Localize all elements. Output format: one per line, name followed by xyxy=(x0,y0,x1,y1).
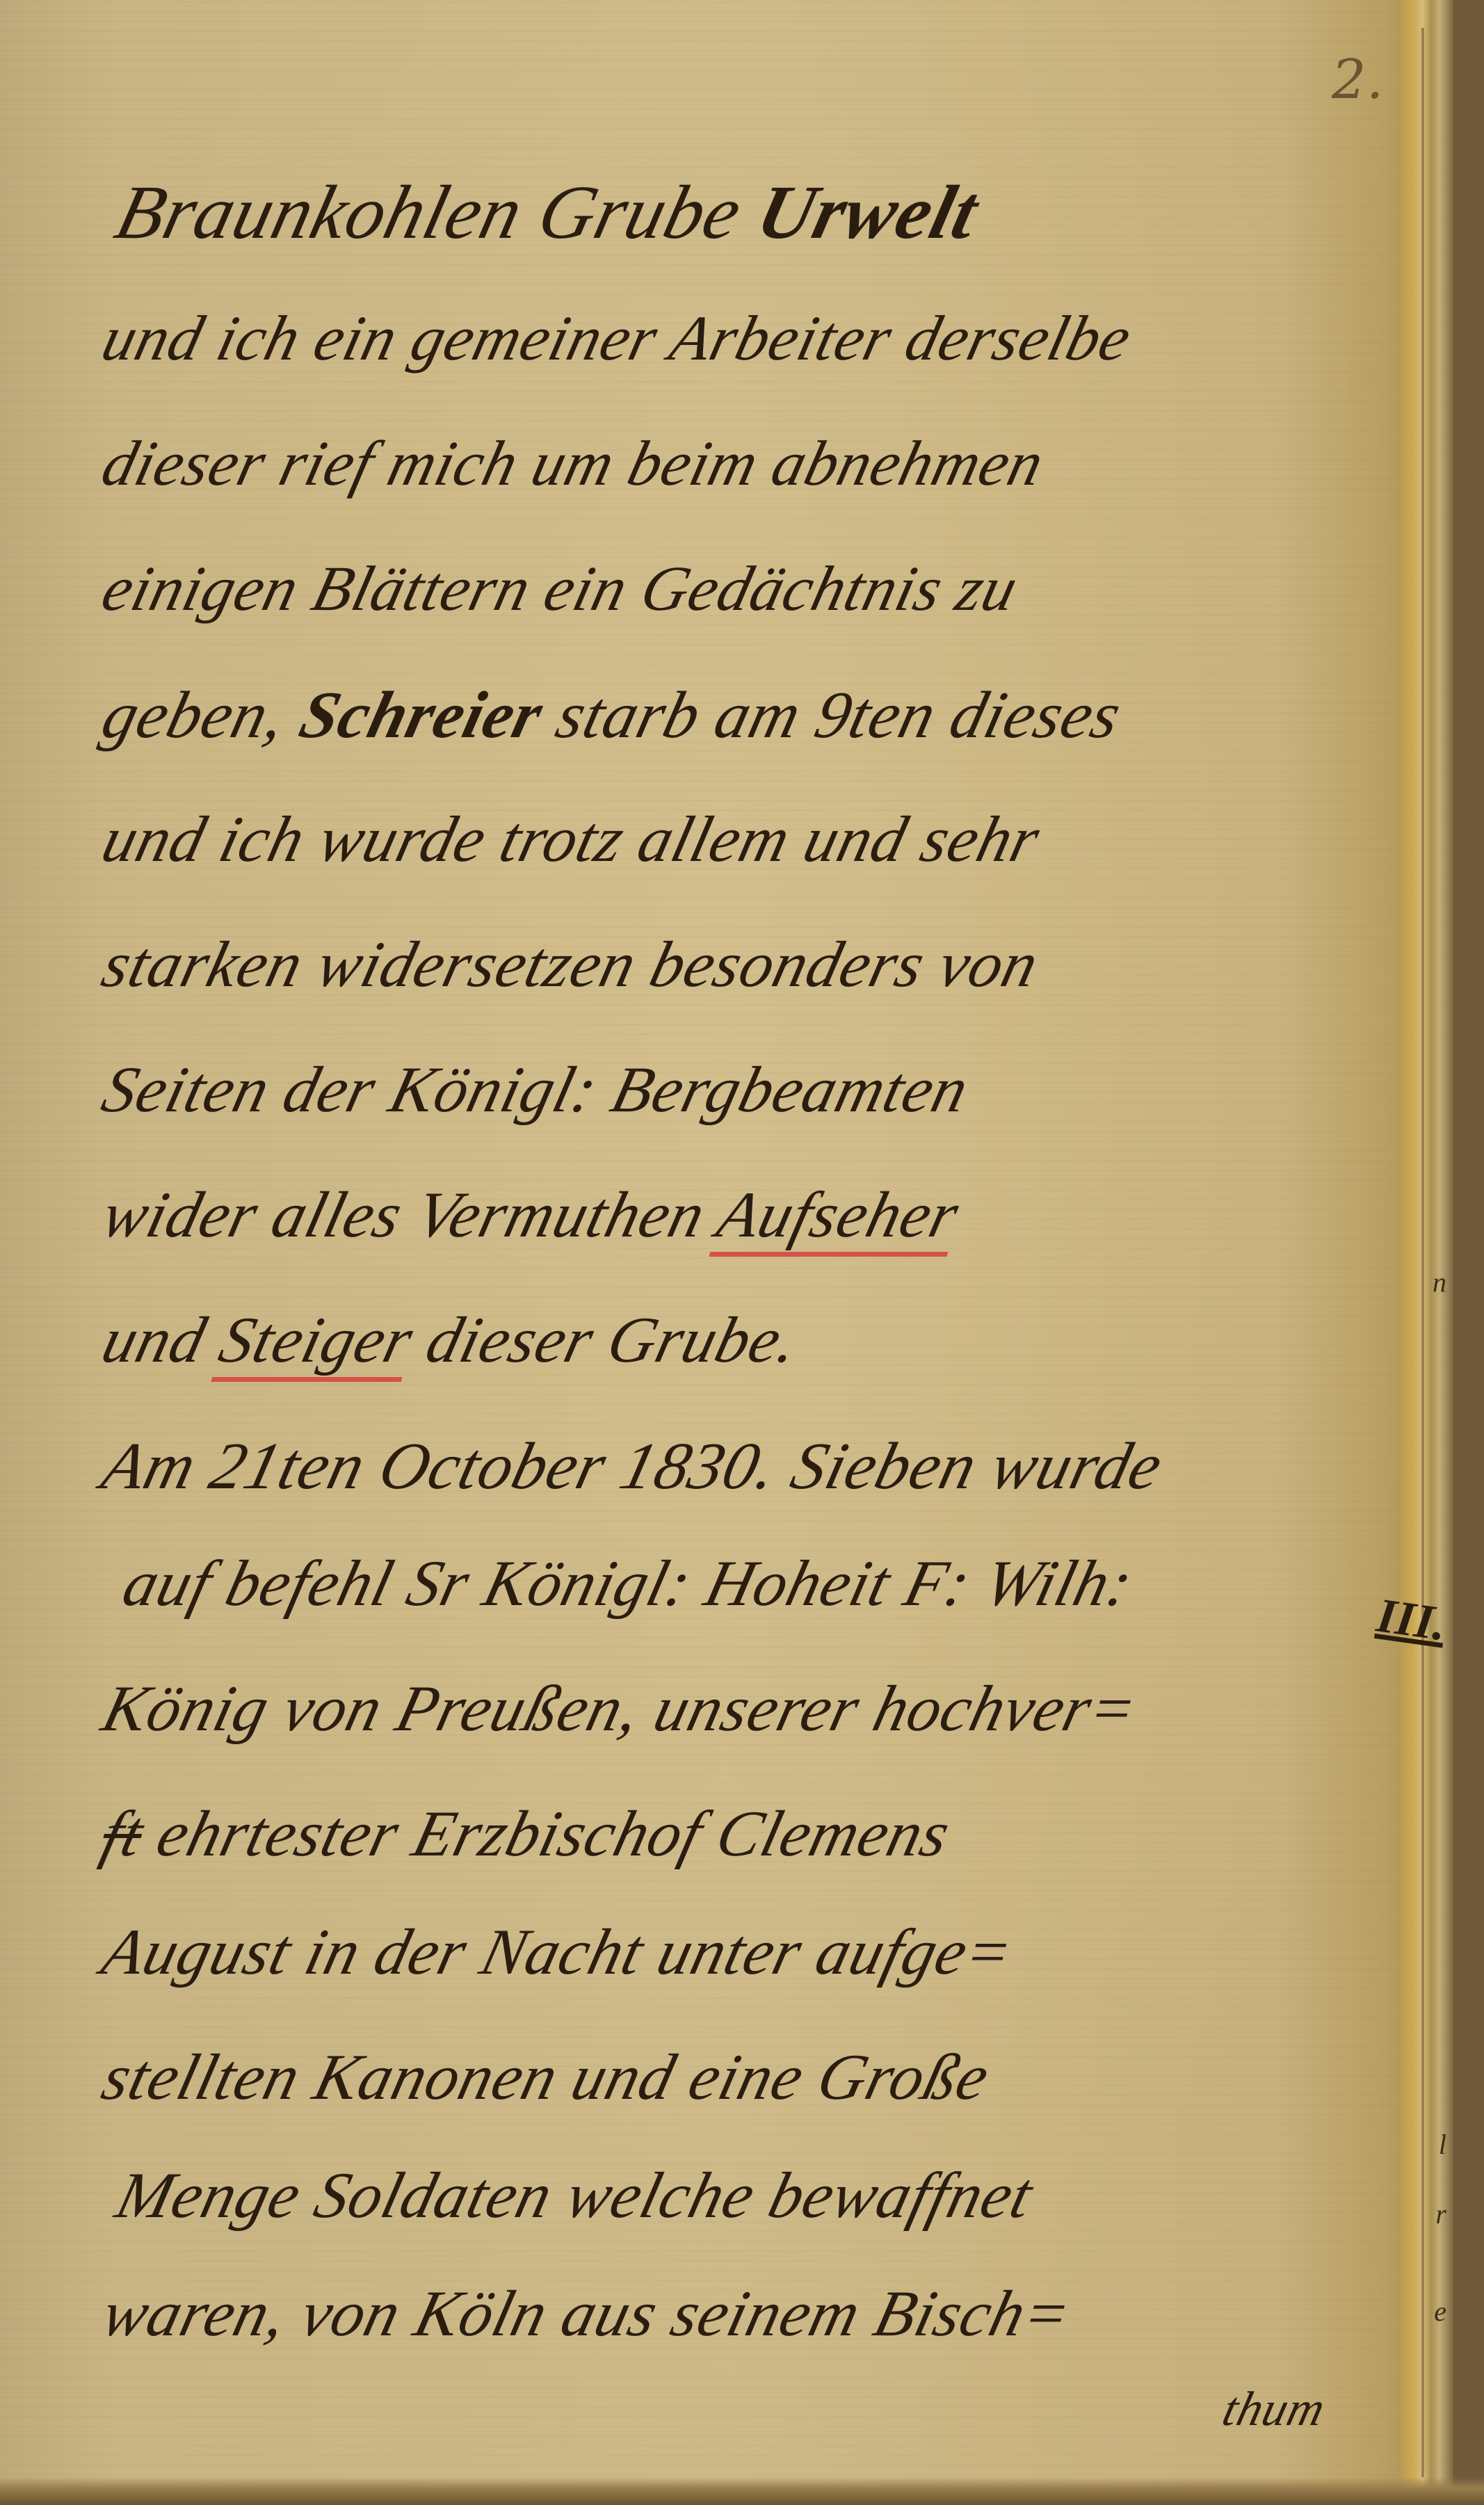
handwritten-line: starken widersetzen besonders von xyxy=(96,932,1045,997)
text-segment: Am 21ten October 1830. Sieben wurde xyxy=(95,1428,1170,1503)
text-segment: Braunkohlen Grube xyxy=(108,170,771,255)
page-bottom-edge xyxy=(0,2477,1484,2505)
text-segment: starb am 9ten dieses xyxy=(532,677,1129,752)
handwritten-line: thum xyxy=(1218,2385,1330,2434)
text-segment: Menge Soldaten welche bewaffnet xyxy=(109,2159,1040,2232)
handwritten-line: Am 21ten October 1830. Sieben wurde xyxy=(96,1433,1169,1499)
text-segment: dieser rief mich um beim abnehmen xyxy=(95,428,1051,499)
regnal-numeral: III. xyxy=(1373,1588,1449,1652)
text-segment: und xyxy=(95,1304,230,1376)
handwritten-line: und ich wurde trotz allem und sehr xyxy=(96,807,1046,872)
text-segment: einigen Blättern ein Gedächtnis zu xyxy=(95,553,1025,624)
margin-fragment: e xyxy=(1434,2295,1446,2328)
handwritten-line: August in der Nacht unter aufge= xyxy=(96,1919,1019,1985)
red-underlined-word: Steiger xyxy=(213,1304,421,1376)
handwritten-line: Seiten der Königl: Bergbeamten xyxy=(96,1057,975,1122)
emphasized-word: Schreier xyxy=(293,677,551,752)
text-segment: König von Preußen, unserer hochver= xyxy=(95,1673,1145,1745)
handwritten-line: und ich ein gemeiner Arbeiter derselbe xyxy=(97,306,1138,370)
handwritten-line: König von Preußen, unserer hochver= xyxy=(96,1676,1143,1741)
manuscript-page: 2. Braunkohlen Grube Urweltund ich ein g… xyxy=(0,0,1453,2505)
text-segment: wider alles Vermuthen xyxy=(95,1179,728,1251)
handwritten-line: stellten Kanonen und eine Große xyxy=(96,2045,996,2110)
text-segment: waren, von Köln aus seinem Bisch= xyxy=(95,2278,1079,2350)
text-segment: dieser Grube. xyxy=(403,1304,806,1376)
handwritten-line: und Steiger dieser Grube. xyxy=(96,1307,805,1373)
text-segment: auf befehl Sr Königl: Hoheit F: Wilh: xyxy=(116,1547,1140,1620)
page-fold-line xyxy=(1421,28,1424,2477)
handwritten-line: waren, von Köln aus seinem Bisch= xyxy=(96,2281,1077,2346)
text-segment: geben, xyxy=(95,677,312,752)
text-segment: August in der Nacht unter aufge= xyxy=(95,1916,1020,1988)
page-number: 2. xyxy=(1332,49,1383,111)
handwritten-line: einigen Blättern ein Gedächtnis zu xyxy=(97,556,1024,620)
text-segment: ehrtester Erzbischof Clemens xyxy=(133,1798,957,1870)
margin-fragment: r xyxy=(1435,2198,1446,2230)
handwritten-line: geben, Schreier starb am 9ten dieses xyxy=(96,682,1128,748)
text-segment: thum xyxy=(1218,2383,1331,2436)
margin-fragment: l xyxy=(1439,2128,1446,2161)
margin-fragment: n xyxy=(1433,1266,1446,1298)
text-segment: und ich wurde trotz allem und sehr xyxy=(95,803,1047,876)
handwritten-line: auf befehl Sr Königl: Hoheit F: Wilh: xyxy=(117,1551,1139,1616)
text-segment: und ich ein gemeiner Arbeiter derselbe xyxy=(95,303,1138,373)
text-segment: Seiten der Königl: Bergbeamten xyxy=(95,1054,976,1126)
handwritten-line: Braunkohlen Grube Urwelt xyxy=(108,174,985,250)
handwritten-line: dieser rief mich um beim abnehmen xyxy=(97,431,1051,495)
text-segment: starken widersetzen besonders von xyxy=(95,928,1046,1001)
emphasized-word: Urwelt xyxy=(749,170,987,255)
red-underlined-word: Aufseher xyxy=(711,1179,967,1251)
handwritten-line: ft ehrtester Erzbischof Clemens xyxy=(96,1801,956,1867)
text-segment: stellten Kanonen und eine Große xyxy=(95,2041,997,2113)
handwritten-line: wider alles Vermuthen Aufseher xyxy=(96,1182,965,1248)
handwritten-line: Menge Soldaten welche bewaffnet xyxy=(110,2163,1039,2228)
